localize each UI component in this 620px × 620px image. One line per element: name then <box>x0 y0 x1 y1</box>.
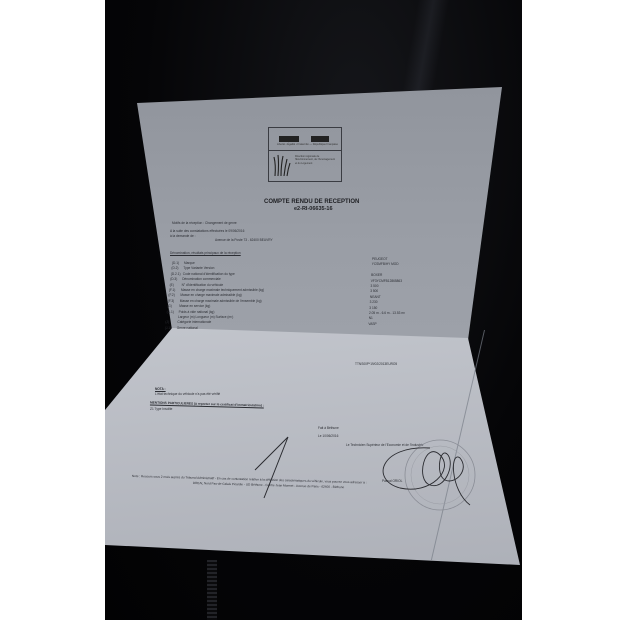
intro-line: Avenue de la Poste 73 - 62400 BEUVRY <box>215 238 273 242</box>
field-value: YCSMFB/HY MOD <box>372 262 399 266</box>
intro-line: à la demande de : <box>170 234 196 238</box>
reeds-icon <box>273 153 291 177</box>
ministry-name: Direction régionale de l'Environnement, … <box>295 155 337 165</box>
field-label: Masse en charge maximale techniquement a… <box>181 288 264 292</box>
field-label: Type Variante Version <box>183 266 214 270</box>
field-code: (G.1) <box>167 310 174 314</box>
field-value: VF3YCMFB12865863 <box>371 279 402 283</box>
intro-line: A la suite des constatations effectuées … <box>170 229 244 233</box>
place: Fait à Béthune <box>318 426 339 430</box>
field-code: (D.2) <box>171 266 178 270</box>
field-value: VASP <box>368 322 376 326</box>
note-heading: NOTA : <box>155 387 166 391</box>
mentions-text: Z1 Type Insolite <box>150 407 172 411</box>
bag-zipper <box>207 560 217 620</box>
republic-logo: Liberté • Égalité • Fraternité — Républi… <box>268 127 342 182</box>
field-code: (J) <box>165 320 169 324</box>
motto: Liberté • Égalité • Fraternité — Républi… <box>277 143 338 146</box>
document-title: COMPTE RENDU DE RECEPTION <box>264 199 359 205</box>
document-reference: e2-RI-06635-16 <box>294 206 333 212</box>
marianne-icon <box>279 136 299 142</box>
signatory-title: Le Technicien Supérieur de l'Economie et… <box>346 443 423 447</box>
field-value: NEANT <box>370 295 381 299</box>
field-code: (D.3) <box>170 277 177 281</box>
validity-code: TTNS00P*19/02/2013EURO5 <box>355 362 397 366</box>
section-heading: Dénomination, résultats principaux de la… <box>170 251 241 255</box>
field-value: 2.05 m - 6.6 m - 13.53 m² <box>369 311 405 315</box>
field-label: Largeur (m) Longueur (m) Surface (m²) <box>178 315 233 319</box>
fabric-fold <box>395 0 455 100</box>
note-text: L'état technique du véhicule n'a pas été… <box>155 392 220 396</box>
field-code: (F.1) <box>169 288 175 292</box>
field-label: Code national d'identification du type <box>183 272 235 276</box>
field-value: 3 500 <box>371 284 379 288</box>
field-label: Marque <box>184 261 195 265</box>
field-label: Poids à vide national (kg) <box>179 310 215 314</box>
field-label: Genre national <box>177 326 198 330</box>
field-label: Catégorie internationale <box>177 320 211 324</box>
field-label: Masse en charge maximale admissible de l… <box>180 299 262 303</box>
field-code: (E) <box>170 283 174 287</box>
field-label: Dénomination commerciale <box>182 277 221 281</box>
field-code: (F.2) <box>168 293 174 297</box>
field-value: 3 230 <box>370 300 378 304</box>
marianne-icon <box>311 136 329 142</box>
intro-line: Motifs de la réception : Changement de g… <box>172 221 237 225</box>
field-label: Masse en charge maximale admissible (kg) <box>180 293 241 297</box>
date: Le 10/06/2016 <box>318 434 338 438</box>
field-value: 3 150 <box>369 306 377 310</box>
field-code: (J.1) <box>165 326 171 330</box>
signatory-name: Pascal ORIOL <box>382 479 402 483</box>
field-code: (D.2.1) <box>171 272 181 276</box>
field-value: N1 <box>369 316 373 320</box>
field-label: Masse en service (kg) <box>179 304 210 308</box>
field-value: PEUGEOT <box>372 257 388 261</box>
field-value: BOXER <box>371 273 382 277</box>
field-label: N° d'identification du véhicule <box>182 283 224 287</box>
field-code: (D.1) <box>172 261 179 265</box>
logo-divider <box>269 150 341 151</box>
field-code: (F.3) <box>168 299 174 303</box>
field-value: 3 500 <box>370 289 378 293</box>
field-code: (G) <box>167 304 172 308</box>
